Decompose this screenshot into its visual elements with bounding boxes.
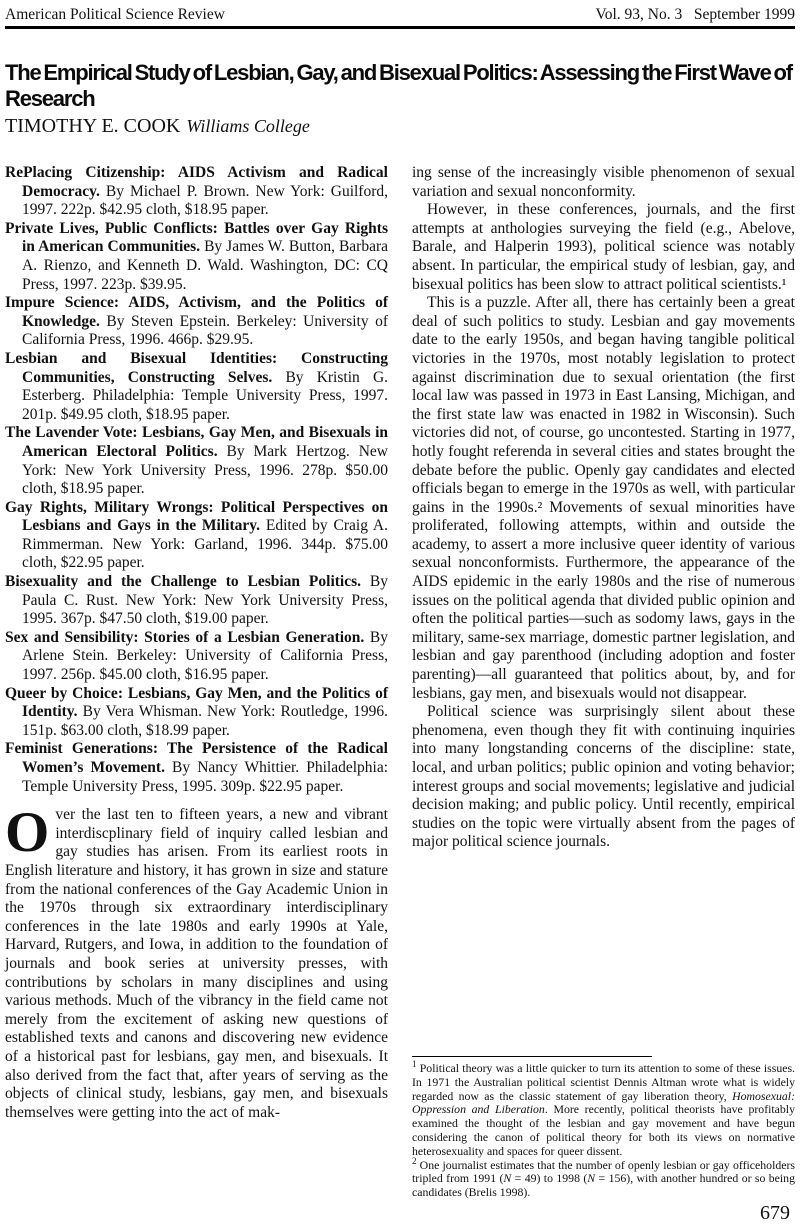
byline: TIMOTHY E. COOKWilliams College <box>5 114 795 138</box>
footnote-1: 1 Political theory was a little quicker … <box>412 1062 795 1159</box>
left-column: RePlacing Citizenship: AIDS Activism and… <box>5 164 388 1200</box>
body-paragraph: This is a puzzle. After all, there has c… <box>412 294 795 703</box>
footnote-marker: 2 <box>412 1156 417 1166</box>
drop-cap: O <box>5 810 49 856</box>
book-entry: Feminist Generations: The Persistence of… <box>5 740 388 796</box>
book-entry: Private Lives, Public Conflicts: Battles… <box>5 220 388 294</box>
book-entry: Lesbian and Bisexual Identities: Constru… <box>5 350 388 424</box>
book-title: Sex and Sensibility: Stories of a Lesbia… <box>5 629 364 646</box>
book-entry: RePlacing Citizenship: AIDS Activism and… <box>5 164 388 220</box>
body-paragraph: Political science was surprisingly silen… <box>412 703 795 852</box>
book-entry: Queer by Choice: Lesbians, Gay Men, and … <box>5 685 388 741</box>
issue-info: Vol. 93, No. 3 September 1999 <box>596 6 795 23</box>
footnote-italic-n: N <box>587 1171 595 1185</box>
right-column: ing sense of the increasingly visible ph… <box>412 164 795 1200</box>
footnote-marker: 1 <box>412 1059 417 1069</box>
reviewed-books-list: RePlacing Citizenship: AIDS Activism and… <box>5 164 388 796</box>
running-head: American Political Science Review Vol. 9… <box>5 6 795 23</box>
article-title: The Empirical Study of Lesbian, Gay, and… <box>5 60 795 112</box>
author-affiliation: Williams College <box>186 116 310 136</box>
journal-name: American Political Science Review <box>5 6 225 23</box>
footnote-text: = 49) to 1998 ( <box>511 1171 587 1185</box>
book-entry: The Lavender Vote: Lesbians, Gay Men, an… <box>5 424 388 498</box>
body-paragraph: However, in these conferences, journals,… <box>412 201 795 294</box>
author-name: TIMOTHY E. COOK <box>5 115 180 137</box>
book-entry: Bisexuality and the Challenge to Lesbian… <box>5 573 388 629</box>
footnotes-block: 1 Political theory was a little quicker … <box>412 1056 795 1200</box>
book-title: Bisexuality and the Challenge to Lesbian… <box>5 573 361 590</box>
book-entry: Sex and Sensibility: Stories of a Lesbia… <box>5 629 388 685</box>
page-number: 679 <box>760 1202 790 1225</box>
two-column-body: RePlacing Citizenship: AIDS Activism and… <box>5 164 795 1200</box>
book-entry: Gay Rights, Military Wrongs: Political P… <box>5 499 388 573</box>
opening-paragraph: Over the last ten to fifteen years, a ne… <box>5 806 388 1122</box>
journal-page: American Political Science Review Vol. 9… <box>0 0 800 1229</box>
book-entry: Impure Science: AIDS, Activism, and the … <box>5 294 388 350</box>
footnote-separator-rule <box>412 1056 652 1057</box>
header-rule <box>5 26 795 29</box>
body-paragraph: ing sense of the increasingly visible ph… <box>412 164 795 201</box>
opening-text: ver the last ten to fifteen years, a new… <box>5 806 388 1121</box>
footnote-2: 2 One journalist estimates that the numb… <box>412 1159 795 1200</box>
